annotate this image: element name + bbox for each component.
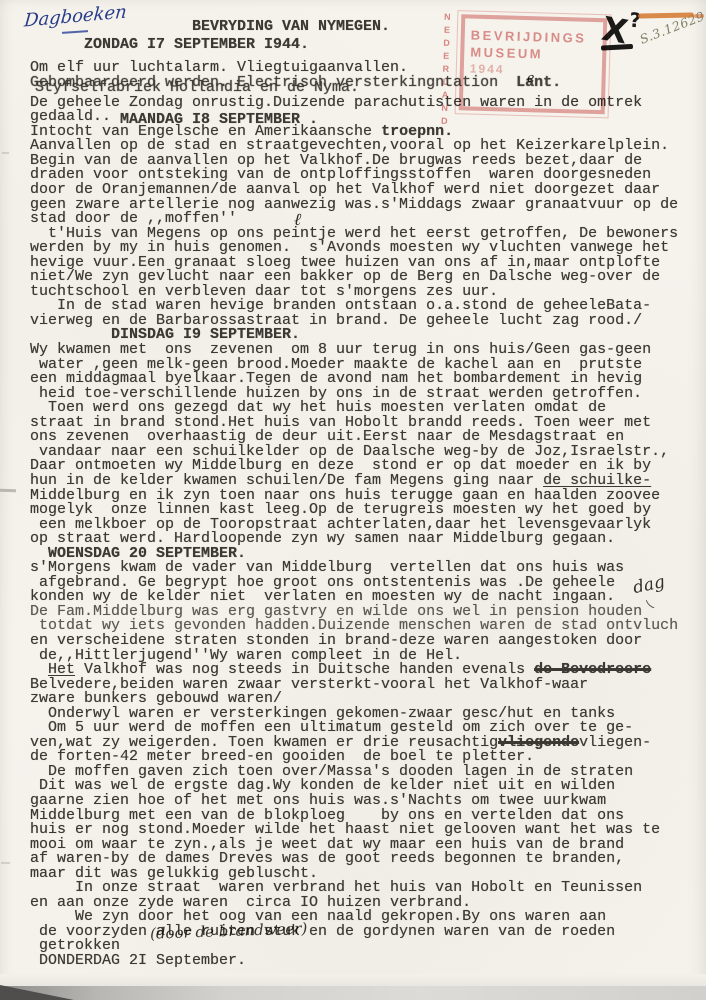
margin-scan-mark <box>1 862 10 864</box>
typed-text: BEVRYDING VAN NYMEGEN. ZONDAG I7 SEPTEMB… <box>30 20 706 969</box>
typed-line: DONDERDAG 2I September. <box>30 954 706 969</box>
scan-bottom-band <box>0 986 706 1000</box>
handwritten-letter-insert: ℓ <box>293 210 301 230</box>
typed-line: de voorzyden alle ruiten stuk en de gord… <box>30 925 706 940</box>
stamp-box: BEVRIJDINGS MUSEUM 1944 <box>459 14 608 114</box>
handwritten-lent-correction: e <box>526 71 536 87</box>
orange-crayon-dot <box>694 14 704 18</box>
margin-scan-mark <box>2 152 9 154</box>
handwritten-x-mark: X? <box>601 15 640 52</box>
orange-crayon-streak <box>638 13 694 19</box>
scanned-diary-page: BEVRYDING VAN NYMEGEN. ZONDAG I7 SEPTEMB… <box>0 0 706 1000</box>
question-glyph: ? <box>629 8 642 33</box>
margin-scan-mark <box>0 489 16 493</box>
x-glyph: X <box>600 14 630 48</box>
x-underline <box>601 44 633 51</box>
museum-stamp: NEDERLAND BEVRIJDINGS MUSEUM 1944 <box>439 10 610 119</box>
scan-bottom-strip <box>0 974 706 986</box>
typed-line: totdat wy iets gevonden hadden.Duizende … <box>30 619 706 634</box>
stamp-side-text: NEDERLAND <box>440 12 453 112</box>
